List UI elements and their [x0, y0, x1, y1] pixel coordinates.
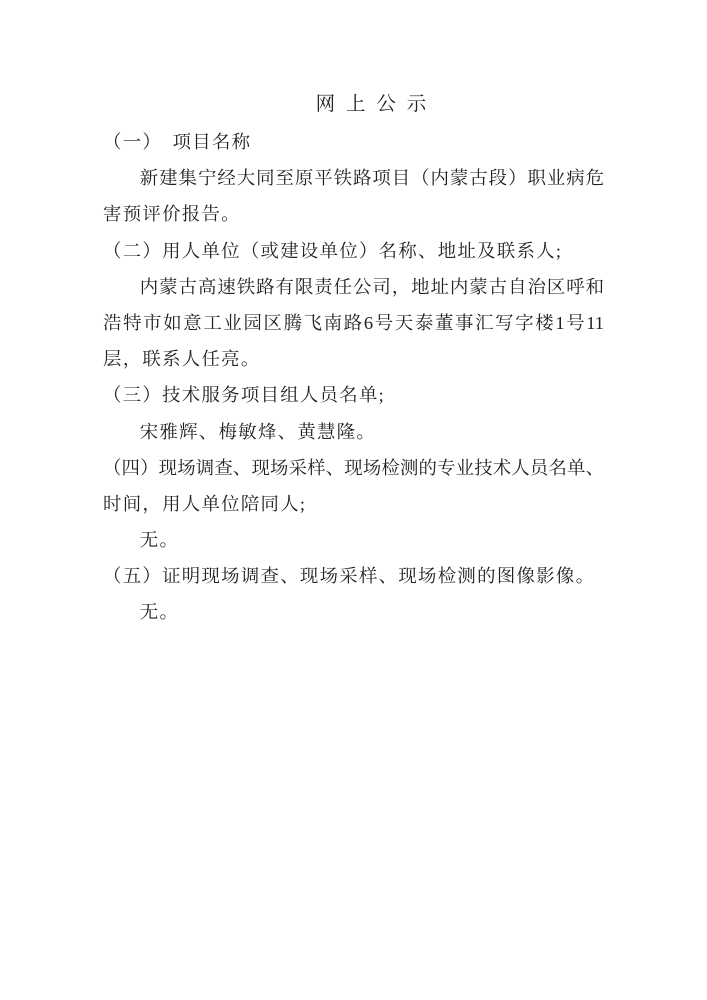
heading-item-5: （五）证明现场调查、现场采样、现场检测的图像影像。	[103, 558, 604, 594]
doc-title: 网 上 公 示	[103, 86, 604, 124]
heading-item-2: （二）用人单位（或建设单位）名称、地址及联系人;	[103, 233, 604, 269]
document-page: 网 上 公 示 （一） 项目名称 新建集宁经大同至原平铁路项目（内蒙古段）职业病…	[0, 0, 707, 1000]
heading-item-3: （三）技术服务项目组人员名单;	[103, 377, 604, 413]
para-none-1: 无。	[103, 522, 604, 558]
para-none-2: 无。	[103, 594, 604, 630]
para-project-name-line-1: 新建集宁经大同至原平铁路项目（内蒙古段）职业病危	[103, 160, 604, 196]
heading-item-1: （一） 项目名称	[103, 124, 604, 160]
heading-item-4-line-1: （四）现场调查、现场采样、现场检测的专业技术人员名单、	[103, 450, 604, 486]
para-employer-line-2: 浩特市如意工业园区腾飞南路6号天泰董事汇写字楼1号11	[103, 305, 604, 341]
para-team-members: 宋雅辉、梅敏烽、黄慧隆。	[103, 414, 604, 450]
para-project-name-line-2: 害预评价报告。	[103, 196, 604, 232]
heading-item-4-line-2: 时间，用人单位陪同人;	[103, 486, 604, 522]
para-employer-line-3: 层，联系人任亮。	[103, 341, 604, 377]
para-employer-line-1: 内蒙古高速铁路有限责任公司，地址内蒙古自治区呼和	[103, 269, 604, 305]
